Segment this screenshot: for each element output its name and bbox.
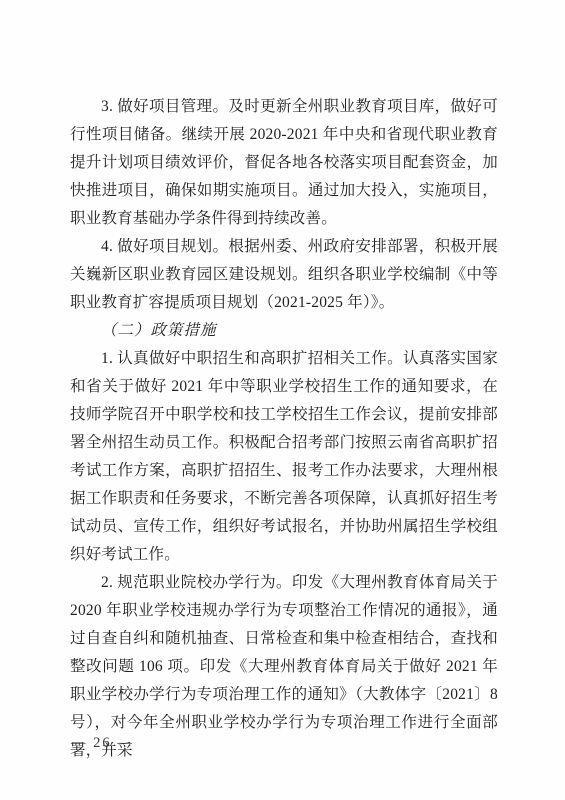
- document-body: 3. 做好项目管理。及时更新全州职业教育项目库，做好可行性项目储备。继续开展 2…: [70, 93, 498, 765]
- page-number: — 26 —: [71, 735, 134, 752]
- paragraph-project-management: 3. 做好项目管理。及时更新全州职业教育项目库，做好可行性项目储备。继续开展 2…: [70, 93, 498, 233]
- paragraph-school-conduct-regulation: 2. 规范职业院校办学行为。印发《大理州教育体育局关于 2020 年职业学校违规…: [70, 569, 498, 765]
- section-heading-policy-measures: （二）政策措施: [70, 317, 498, 345]
- paragraph-enrollment-expansion-work: 1. 认真做好中职招生和高职扩招相关工作。认真落实国家和省关于做好 2021 年…: [70, 345, 498, 569]
- document-page: 3. 做好项目管理。及时更新全州职业教育项目库，做好可行性项目储备。继续开展 2…: [0, 0, 565, 800]
- paragraph-project-planning: 4. 做好项目规划。根据州委、州政府安排部署，积极开展关巍新区职业教育园区建设规…: [70, 233, 498, 317]
